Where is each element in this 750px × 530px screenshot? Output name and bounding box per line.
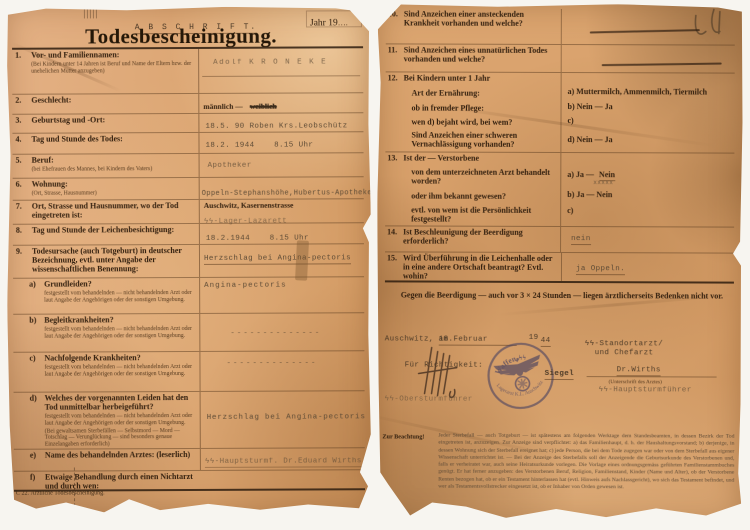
field-value-printed: Auschwitz, Kasernenstrasse: [204, 201, 360, 210]
field-value: nein: [571, 235, 591, 245]
form-row-7: 7. Ort, Strasse und Hausnummer, wo der T…: [13, 199, 364, 225]
death-certificate-page-2: 10. Sind Anzeichen einer ansteckenden Kr…: [376, 2, 744, 524]
signature-line: [587, 376, 717, 377]
form-code-footer: C 22. Ärztliche Todesbescheinigung.: [16, 490, 105, 497]
field-subnote: (Ort, Strasse, Hausnummer): [32, 190, 97, 197]
field-subnote: (Bei Kindern unter 14 Jahren ist Beruf u…: [31, 61, 193, 75]
form-row-14: 14. Ist Beschleunigung der Beerdigung er…: [385, 226, 734, 253]
field-label: Welches der vorgenannten Leiden hat den …: [45, 394, 195, 413]
answer-c: c): [567, 117, 573, 126]
field-label: Tag und Stunde des Todes:: [31, 135, 122, 153]
doctor-name: Dr.Wirths: [617, 366, 661, 376]
field-label: Todesursache (auch Totgeburt) in deutsch…: [32, 247, 194, 278]
field-value-name: Adolf K R O N E K E: [213, 58, 327, 66]
field-label: Vor- und Familiennamen:: [31, 51, 193, 61]
form-row-10: 10. Sind Anzeichen einer ansteckenden Kr…: [386, 8, 735, 45]
signature-block: Auschwitz, am 18.Februar 19 44 Für Richt…: [376, 327, 742, 428]
role-line-2: und Chefarzt: [595, 349, 654, 357]
field-value: 18.2. 1944 8.15 Uhr: [205, 141, 313, 149]
field-number: 15.: [387, 254, 400, 280]
form-row-9a: a) Grundleiden? festgestellt vom behande…: [13, 277, 364, 315]
field-subnote: (bei Ehefrauen des Mannes, bei Kindern d…: [32, 166, 153, 173]
field-number: 7.: [16, 203, 29, 224]
answer-b: b) Nein — Ja: [568, 103, 613, 112]
closing-sentence: Gegen die Beerdigung — auch vor 3 × 24 S…: [397, 291, 727, 301]
jahr-dots: ….: [338, 18, 348, 27]
field-value: ja Oppeln.: [576, 265, 625, 275]
sub-question-e: Sind Anzeichen einer schweren Vernachläs…: [411, 130, 517, 148]
role-line-1: ϟϟ-Standortarzt/: [585, 340, 663, 348]
sub-question-c: evtl. von wem ist die Persönlichkeit fes…: [411, 205, 531, 223]
field-number: 9.: [16, 248, 29, 278]
field-label: Ist der — Verstorbene: [403, 154, 554, 163]
writing-line: [202, 75, 360, 77]
field-value: 18.2.1944 8.15 Uhr: [206, 234, 309, 242]
siegel-label: Siegel: [545, 370, 574, 380]
answer-a: a) Muttermilch, Ammenmilch, Tiermilch: [568, 88, 707, 97]
form-row-1: 1. Vor- und Familiennamen: (Bei Kindern …: [12, 48, 363, 95]
form-row-9b: b) Begleitkrankheiten? festgestellt vom …: [13, 313, 364, 353]
stamp-mark: [84, 5, 99, 18]
field-label: Grundleiden?: [44, 280, 194, 290]
field-value: Angina-pectoris: [204, 282, 287, 290]
field-value: 18.5. 90 Roben Krs.Leobschütz: [205, 122, 347, 131]
form-row-9e: e) Name des behandelnden Arztes: (leserl…: [14, 448, 365, 472]
field-value-struck: weiblich: [250, 102, 277, 111]
field-subnote-2: (Bei gewaltsamen Sterbefällen — Selbstmo…: [45, 428, 195, 449]
form-row-9c: c) Nachfolgende Krankheiten? festgestell…: [13, 351, 364, 393]
death-certificate-page-1: A B S C H R I F T. Jahr 19…. Todesbesche…: [6, 4, 372, 514]
handwritten-signature: [417, 342, 467, 400]
form-row-8: 8. Tag und Stunde der Leichenbesichtigun…: [13, 223, 364, 246]
rank-right: ϟϟ-Hauptsturmführer: [599, 386, 692, 394]
field-label: Ist Beschleunigung der Beerdigung erford…: [403, 228, 554, 252]
form-row-6: 6. Wohnung: (Ort, Strasse, Hausnummer) O…: [13, 177, 364, 201]
field-subnote: festgestellt vom behandelnden — nicht be…: [44, 290, 194, 304]
form-row-4: 4. Tag und Stunde des Todes: 18.2. 1944 …: [12, 132, 363, 155]
form-row-11: 11. Sind Anzeichen eines unnatürlichen T…: [386, 44, 735, 73]
field-number: 5.: [16, 157, 29, 178]
field-letter: e): [30, 452, 42, 471]
field-label: Etwaige Behandlung durch einen Nichtarzt…: [45, 473, 196, 490]
form-row-15: 15. Wird Überführung in die Leichenhalle…: [385, 252, 734, 281]
field-letter: c): [29, 355, 41, 392]
notice-label: Zur Beachtung!: [382, 434, 424, 441]
field-subnote: festgestellt vom behandelnden — nicht be…: [45, 413, 195, 427]
fold-line: [74, 467, 75, 511]
field-label: Wird Überführung in die Leichenhalle ode…: [403, 254, 555, 281]
field-label: Wohnung:: [32, 180, 97, 189]
field-label: Geschlecht:: [31, 97, 71, 114]
field-value: Oppeln-Stephanshöhe,Hubertus-Apotheke: [202, 189, 372, 198]
field-label: Ort, Strasse und Hausnummer, wo der Tod …: [32, 202, 194, 224]
form-table-2: 10. Sind Anzeichen einer ansteckenden Kr…: [385, 8, 735, 283]
field-label: Sind Anzeichen einer ansteckenden Krankh…: [404, 10, 555, 44]
sub-question-a: Art der Ernährung:: [412, 88, 480, 97]
field-number: 3.: [15, 117, 28, 133]
sub-question-a: von dem unterzeichneten Arzt behandelt w…: [411, 167, 550, 185]
field-label: Tag und Stunde der Leichenbesichtigung:: [32, 226, 174, 245]
field-number: 6.: [16, 181, 29, 200]
field-subnote: festgestellt vom behandelnden — nicht be…: [44, 364, 194, 378]
field-label: Begleitkrankheiten?: [44, 316, 194, 326]
sub-question-b: ob in fremder Pflege:: [412, 103, 484, 112]
form-row-5: 5. Beruf: (bei Ehefrauen des Mannes, bei…: [13, 153, 364, 179]
field-value-dashes: --------------: [230, 329, 321, 337]
field-number: 8.: [16, 227, 29, 245]
field-label: Bei Kindern unter 1 Jahr: [404, 74, 555, 83]
form-row-3: 3. Geburtstag und -Ort: 18.5. 90 Roben K…: [12, 113, 363, 134]
field-number: 12.: [387, 74, 400, 151]
field-value: Herzschlag bei Angina-pectoris: [207, 413, 366, 422]
form-row-2: 2. Geschlecht: männlich — weiblich: [12, 93, 363, 115]
form-row-9f: f) Etwaige Behandlung durch einen Nichta…: [14, 470, 365, 490]
field-number: 13.: [387, 154, 400, 225]
field-value: männlich —: [203, 102, 242, 111]
doctor-subnote: (Unterschrift des Arztes): [609, 379, 662, 386]
field-number: 14.: [387, 228, 400, 251]
tape-stain: [295, 240, 309, 281]
field-number: 1.: [15, 52, 28, 94]
ink-dash: [590, 29, 700, 33]
field-label: Geburtstag und -Ort:: [31, 116, 105, 132]
sub-question-b: oder ihm bekannt gewesen?: [411, 191, 506, 200]
photo-of-document: A B S C H R I F T. Jahr 19…. Todesbesche…: [0, 0, 750, 530]
field-letter: f): [30, 474, 42, 490]
field-value-dashes: --------------: [226, 359, 317, 367]
answer-c: c): [567, 207, 573, 216]
form-table: 1. Vor- und Familiennamen: (Bei Kindern …: [12, 46, 365, 492]
form-row-9: 9. Todesursache (auch Totgeburt) in deut…: [13, 244, 364, 279]
field-number: 2.: [15, 97, 28, 114]
field-letter: b): [29, 317, 41, 352]
form-row-12: 12. Bei Kindern unter 1 Jahr Art der Ern…: [385, 72, 734, 153]
form-row-9d: d) Welches der vorgenannten Leiden hat d…: [14, 391, 365, 450]
answer-b: b) Ja — Nein: [567, 191, 612, 200]
field-label: Nachfolgende Krankheiten?: [44, 354, 194, 364]
rank-left: ϟϟ-Obersturmführer: [385, 395, 473, 403]
typed-strike-marks: xxxxx: [593, 179, 613, 186]
answer-a: a) Ja —: [567, 170, 594, 179]
field-number: 10.: [388, 10, 401, 43]
answer-d: d) Nein — Ja: [567, 136, 612, 145]
field-label: Beruf:: [32, 156, 153, 165]
notice-text: Jeder Sterbefall — auch Totgeburt — ist …: [438, 433, 734, 492]
field-value: Herzschlag bei Angina-pectoris: [204, 254, 351, 265]
notice-block: Zur Beachtung! Jeder Sterbefall — auch T…: [382, 432, 734, 491]
ink-dash: [602, 63, 722, 67]
form-row-13: 13. Ist der — Verstorbene von dem unterz…: [385, 152, 734, 227]
field-value: Apotheker: [208, 162, 252, 170]
field-label: Sind Anzeichen eines unnatürlichen Todes…: [404, 46, 555, 72]
sub-question-c: wen d) bejaht wird, bei wem?: [411, 117, 512, 126]
field-value: ϟϟ-Hauptsturmf. Dr.Eduard Wirths: [205, 457, 362, 468]
field-number: 11.: [388, 46, 401, 71]
field-number: 4.: [15, 136, 28, 154]
stamp-center-mark: [516, 378, 528, 390]
field-letter: d): [30, 395, 42, 449]
field-label: Name des behandelnden Arztes: (leserlich…: [45, 451, 190, 471]
field-letter: a): [29, 281, 41, 314]
field-subnote: festgestellt vom behandelnden — nicht be…: [44, 326, 194, 340]
